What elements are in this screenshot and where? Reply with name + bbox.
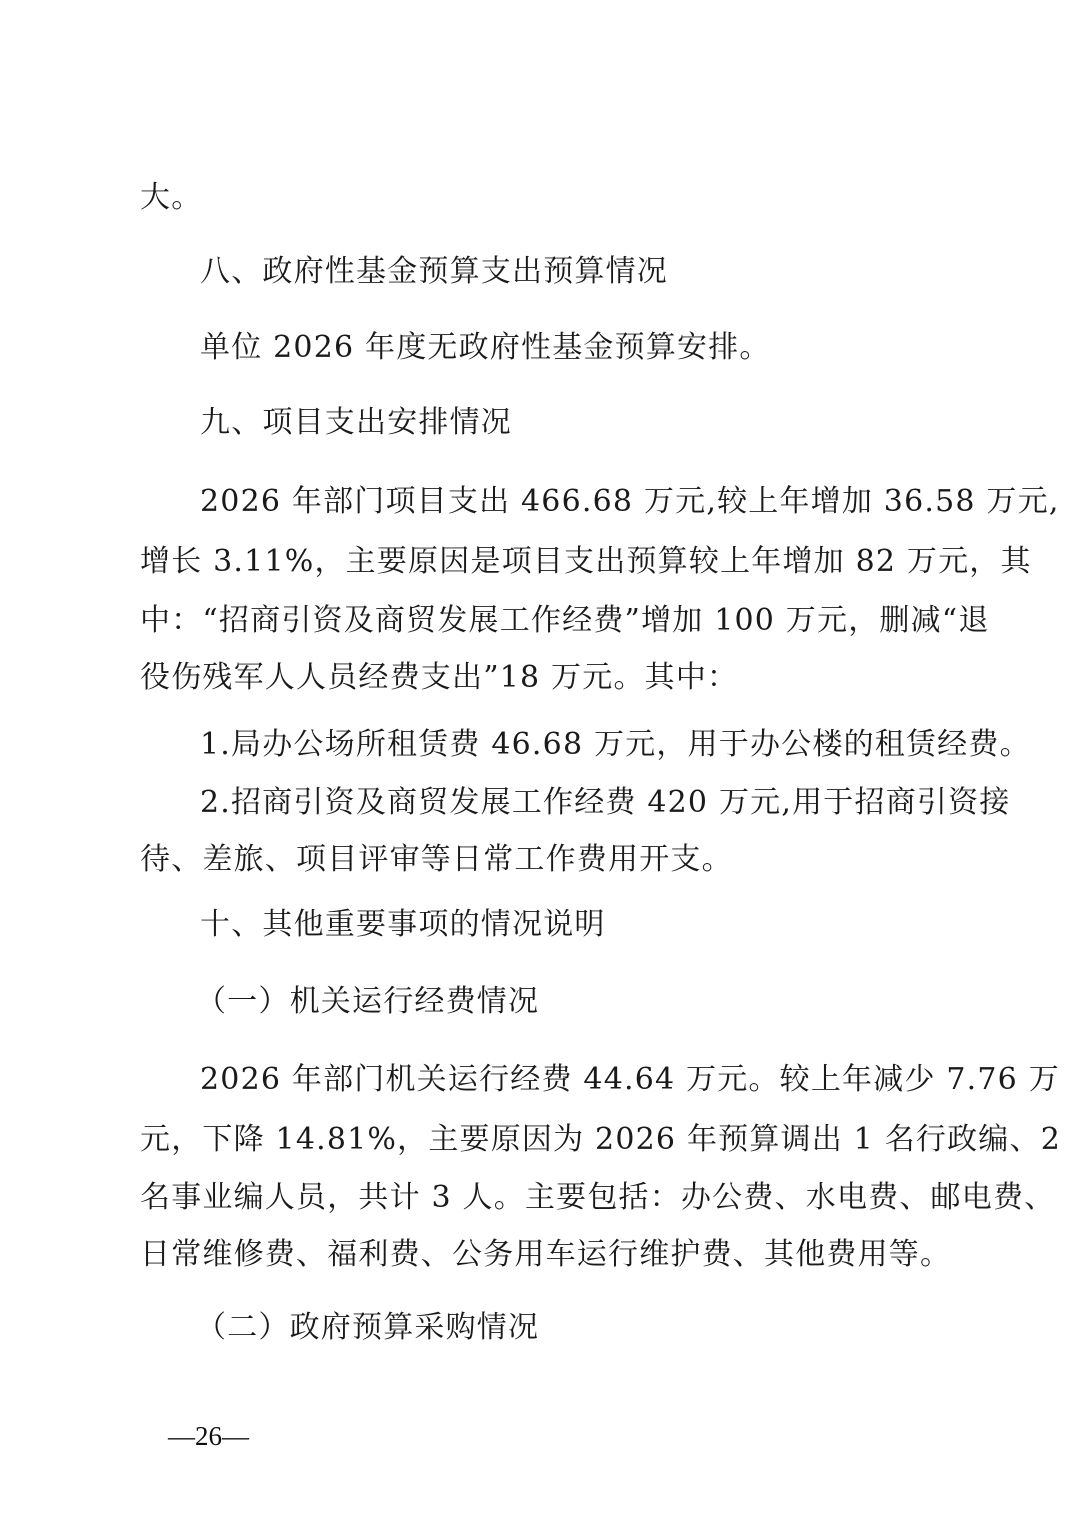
list-item-2: 2.招商引资及商贸发展工作经费 420 万元,用于招商引资接: [200, 785, 936, 821]
list-item-2-continuation: 待、差旅、项目评审等日常工作费用开支。: [140, 842, 733, 878]
section-heading-8: 八、政府性基金预算支出预算情况: [200, 254, 668, 290]
paragraph-text: 名事业编人员，共计 3 人。主要包括：办公费、水电费、邮电费、: [140, 1180, 936, 1216]
page-number: —26—: [168, 1420, 249, 1452]
paragraph-continuation: 大。: [140, 180, 202, 216]
section-heading-10: 十、其他重要事项的情况说明: [200, 907, 606, 943]
subsection-heading-1: （一）机关运行经费情况: [196, 984, 539, 1020]
paragraph-text: 元，下降 14.81%，主要原因为 2026 年预算调出 1 名行政编、2: [140, 1122, 936, 1158]
paragraph-text: 单位 2026 年度无政府性基金预算安排。: [200, 330, 771, 366]
paragraph-text: 日常维修费、福利费、公务用车运行维护费、其他费用等。: [140, 1237, 951, 1273]
list-item-1: 1.局办公场所租赁费 46.68 万元，用于办公楼的租赁经费。: [200, 727, 936, 763]
paragraph-text: 增长 3.11%，主要原因是项目支出预算较上年增加 82 万元，其: [140, 544, 936, 580]
document-page: 大。 八、政府性基金预算支出预算情况 单位 2026 年度无政府性基金预算安排。…: [0, 0, 1074, 1520]
subsection-heading-2: （二）政府预算采购情况: [196, 1310, 539, 1346]
paragraph-text: 中：“招商引资及商贸发展工作经费”增加 100 万元，删减“退: [140, 603, 936, 639]
paragraph-text: 2026 年部门机关运行经费 44.64 万元。较上年减少 7.76 万: [200, 1062, 936, 1098]
paragraph-text: 2026 年部门项目支出 466.68 万元,较上年增加 36.58 万元,: [200, 484, 936, 520]
paragraph-text: 役伤残军人人员经费支出”18 万元。其中：: [140, 660, 738, 696]
section-heading-9: 九、项目支出安排情况: [200, 405, 512, 441]
